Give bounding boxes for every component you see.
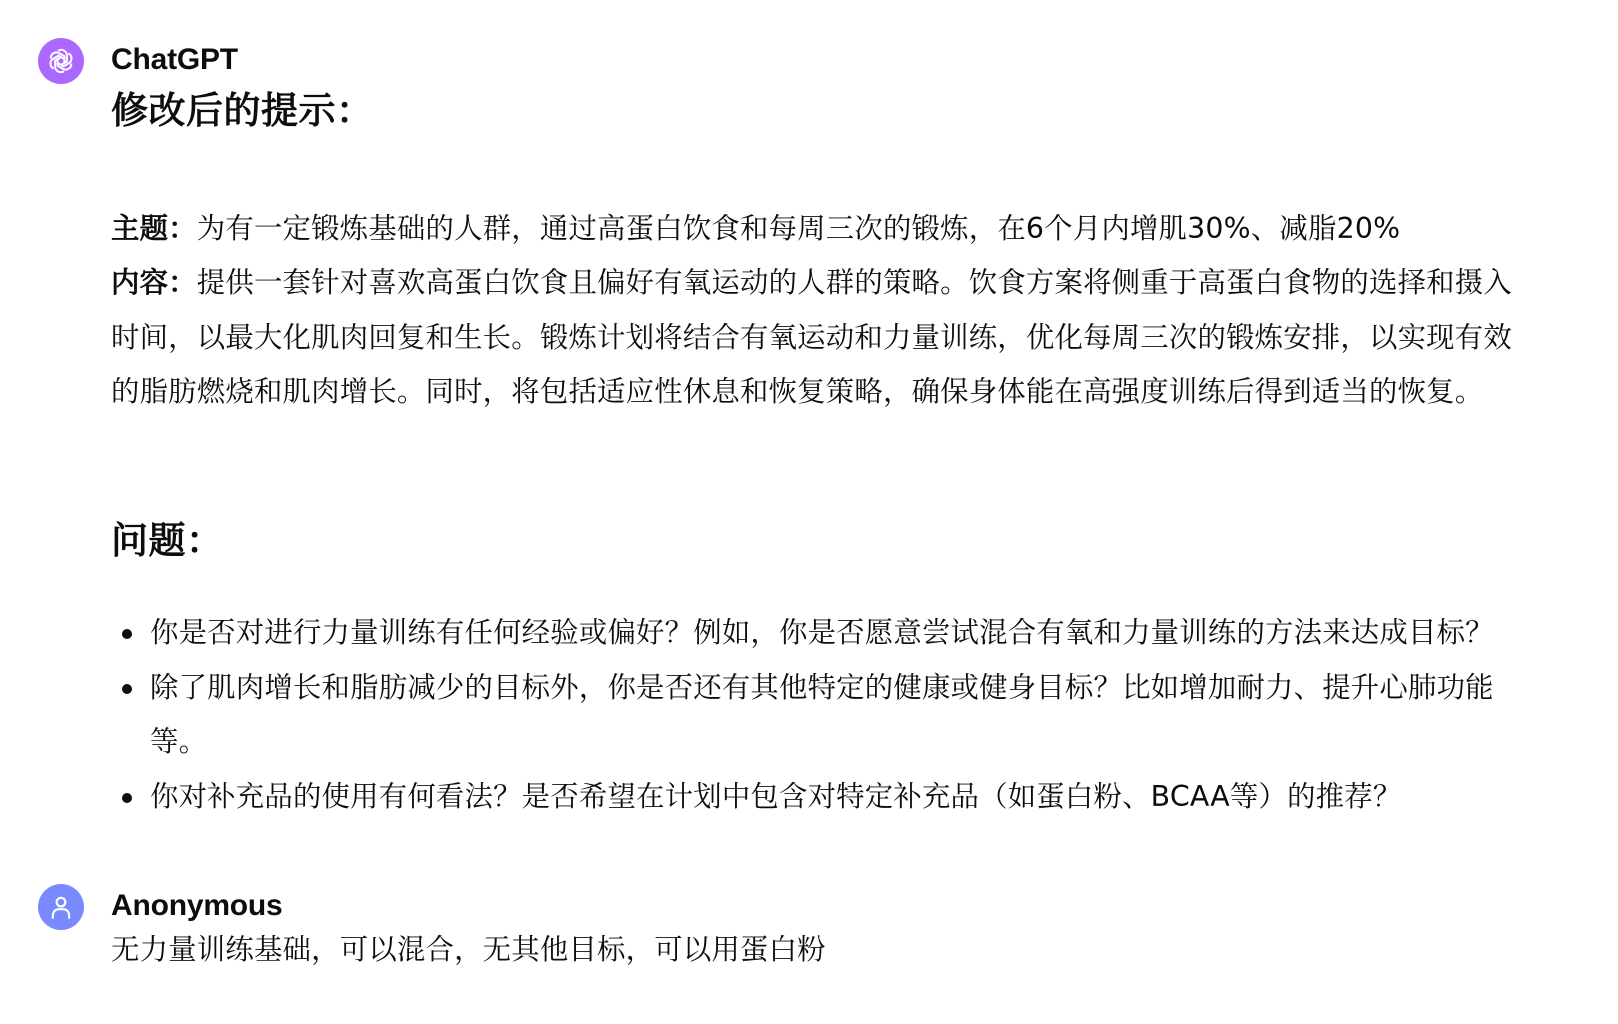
- assistant-message-body: 修改后的提示： 主题：为有一定锻炼基础的人群，通过高蛋白饮食和每周三次的锻炼，在…: [111, 84, 1551, 136]
- list-item: 你对补充品的使用有何看法？是否希望在计划中包含对特定补充品（如蛋白粉、BCAA等…: [111, 770, 1531, 825]
- heading-revised-prompt: 修改后的提示：: [111, 86, 1551, 136]
- bullet-icon: [122, 684, 132, 694]
- list-item: 你是否对进行力量训练有任何经验或偏好？例如，你是否愿意尝试混合有氧和力量训练的方…: [111, 606, 1531, 661]
- heading-questions: 问题：: [111, 516, 224, 566]
- content-label: 内容：: [111, 266, 197, 299]
- topic-label: 主题：: [111, 212, 197, 245]
- bullet-icon: [122, 793, 132, 803]
- user-author-name: Anonymous: [111, 886, 283, 926]
- assistant-avatar: [38, 38, 84, 84]
- user-avatar: [38, 884, 84, 930]
- question-text: 你对补充品的使用有何看法？是否希望在计划中包含对特定补充品（如蛋白粉、BCAA等…: [150, 780, 1401, 813]
- content-text: 提供一套针对喜欢高蛋白饮食且偏好有氧运动的人群的策略。饮食方案将侧重于高蛋白食物…: [111, 266, 1512, 408]
- questions-list: 你是否对进行力量训练有任何经验或偏好？例如，你是否愿意尝试混合有氧和力量训练的方…: [111, 606, 1531, 824]
- user-icon: [48, 894, 74, 920]
- user-message-text: 无力量训练基础，可以混合，无其他目标，可以用蛋白粉: [111, 930, 826, 970]
- content-paragraph: 内容：提供一套针对喜欢高蛋白饮食且偏好有氧运动的人群的策略。饮食方案将侧重于高蛋…: [111, 256, 1531, 420]
- question-text: 除了肌肉增长和脂肪减少的目标外，你是否还有其他特定的健康或健身目标？比如增加耐力…: [150, 671, 1494, 759]
- openai-logo-icon: [45, 45, 77, 77]
- bullet-icon: [122, 629, 132, 639]
- question-text: 你是否对进行力量训练有任何经验或偏好？例如，你是否愿意尝试混合有氧和力量训练的方…: [150, 616, 1494, 649]
- topic-paragraph: 主题：为有一定锻炼基础的人群，通过高蛋白饮食和每周三次的锻炼，在6个月内增肌30…: [111, 202, 1551, 257]
- topic-text: 为有一定锻炼基础的人群，通过高蛋白饮食和每周三次的锻炼，在6个月内增肌30%、减…: [197, 212, 1401, 245]
- list-item: 除了肌肉增长和脂肪减少的目标外，你是否还有其他特定的健康或健身目标？比如增加耐力…: [111, 661, 1531, 770]
- assistant-author-name: ChatGPT: [111, 40, 238, 80]
